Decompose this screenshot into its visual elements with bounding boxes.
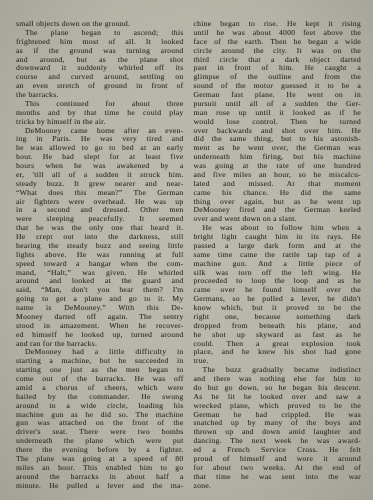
- text-line: that time he was sent into the war: [194, 473, 362, 482]
- text-column-left: small objects down on the ground.The pla…: [16, 20, 184, 490]
- text-line: minute. He pulled a lever and the ma-: [16, 482, 184, 491]
- book-page: small objects down on the ground.The pla…: [0, 0, 373, 500]
- text-line: place, and he knew his shot had gone: [194, 348, 362, 357]
- text-column-right: chine began to rise. He kept it risingun…: [194, 20, 362, 490]
- text-columns: small objects down on the ground.The pla…: [16, 20, 361, 490]
- text-line: zone.: [194, 482, 362, 491]
